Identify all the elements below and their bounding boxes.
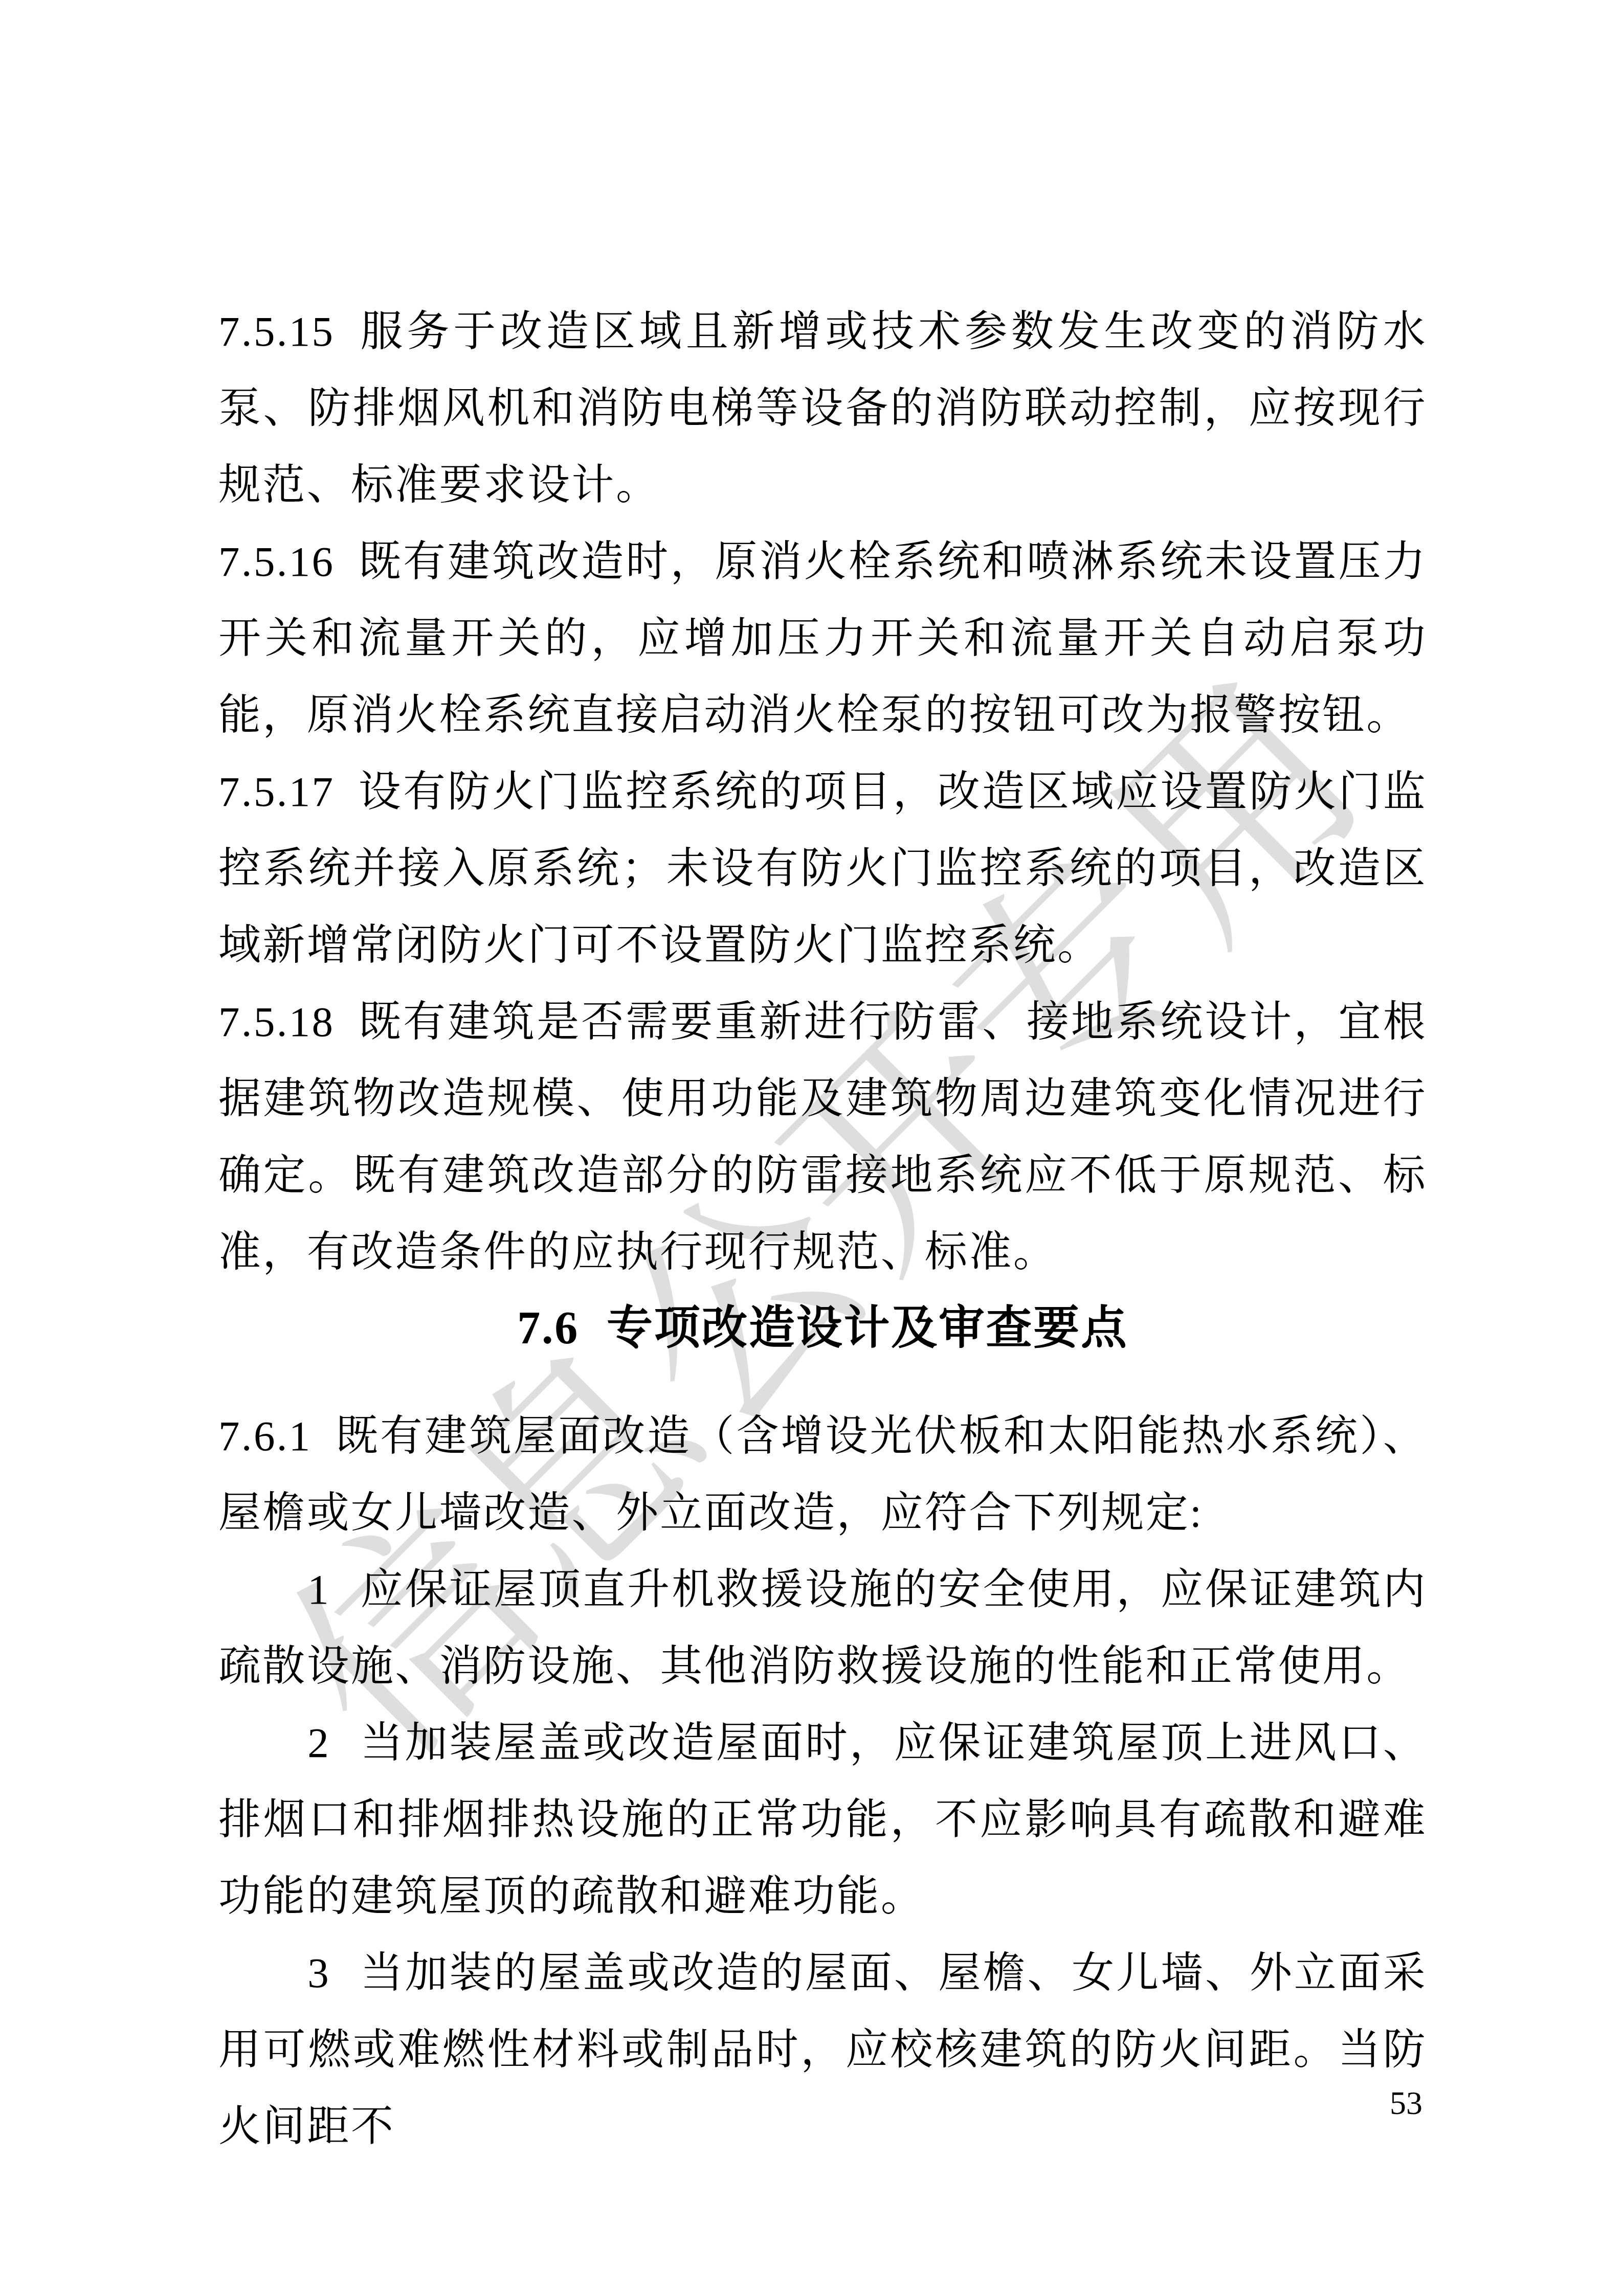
clause-text: 服务于改造区域且新增或技术参数发生改变的消防水泵、防排烟风机和消防电梯等设备的消… (218, 308, 1427, 508)
item-text: 当加装屋盖或改造屋面时，应保证建筑屋顶上进风口、排烟口和排烟排热设施的正常功能，… (218, 1719, 1427, 1920)
page-number: 53 (1390, 2085, 1422, 2121)
clause-7-6-1: 7.6.1既有建筑屋面改造（含增设光伏板和太阳能热水系统）、屋檐或女儿墙改造、外… (218, 1398, 1427, 1551)
clause-7-5-16: 7.5.16既有建筑改造时，原消火栓系统和喷淋系统未设置压力开关和流量开关的，应… (218, 523, 1427, 753)
section-number: 7.6 (517, 1303, 579, 1354)
clause-text: 既有建筑改造时，原消火栓系统和喷淋系统未设置压力开关和流量开关的，应增加压力开关… (218, 538, 1427, 738)
clause-text: 既有建筑是否需要重新进行防雷、接地系统设计，宜根据建筑物改造规模、使用功能及建筑… (218, 998, 1427, 1275)
numbered-item-1: 1应保证屋顶直升机救援设施的安全使用，应保证建筑内疏散设施、消防设施、其他消防救… (218, 1551, 1427, 1704)
page-content: 7.5.15服务于改造区域且新增或技术参数发生改变的消防水泵、防排烟风机和消防电… (218, 293, 1427, 2165)
clause-text: 设有防火门监控系统的项目，改造区域应设置防火门监控系统并接入原系统；未设有防火门… (218, 768, 1427, 969)
clause-number: 7.5.18 (218, 998, 358, 1045)
clause-text: 既有建筑屋面改造（含增设光伏板和太阳能热水系统）、屋檐或女儿墙改造、外立面改造，… (218, 1412, 1427, 1536)
clause-number: 7.5.16 (218, 538, 358, 585)
item-number: 1 (307, 1566, 360, 1613)
numbered-item-2: 2当加装屋盖或改造屋面时，应保证建筑屋顶上进风口、排烟口和排烟排热设施的正常功能… (218, 1704, 1427, 1934)
clause-7-5-17: 7.5.17设有防火门监控系统的项目，改造区域应设置防火门监控系统并接入原系统；… (218, 753, 1427, 983)
clause-number: 7.5.15 (218, 308, 358, 355)
section-heading: 7.6专项改造设计及审查要点 (218, 1290, 1427, 1367)
item-text: 应保证屋顶直升机救援设施的安全使用，应保证建筑内疏散设施、消防设施、其他消防救援… (218, 1566, 1427, 1690)
numbered-item-3: 3当加装的屋盖或改造的屋面、屋檐、女儿墙、外立面采用可燃或难燃性材料或制品时，应… (218, 1934, 1427, 2165)
clause-number: 7.6.1 (218, 1412, 335, 1459)
item-number: 2 (307, 1719, 360, 1766)
clause-7-5-15: 7.5.15服务于改造区域且新增或技术参数发生改变的消防水泵、防排烟风机和消防电… (218, 293, 1427, 523)
clause-7-5-18: 7.5.18既有建筑是否需要重新进行防雷、接地系统设计，宜根据建筑物改造规模、使… (218, 983, 1427, 1290)
document-page: 信息公开专用 7.5.15服务于改造区域且新增或技术参数发生改变的消防水泵、防排… (0, 0, 1624, 2296)
item-number: 3 (307, 1949, 360, 1996)
section-title: 专项改造设计及审查要点 (607, 1303, 1128, 1354)
item-text: 当加装的屋盖或改造的屋面、屋檐、女儿墙、外立面采用可燃或难燃性材料或制品时，应校… (218, 1949, 1427, 2150)
clause-number: 7.5.17 (218, 768, 358, 815)
